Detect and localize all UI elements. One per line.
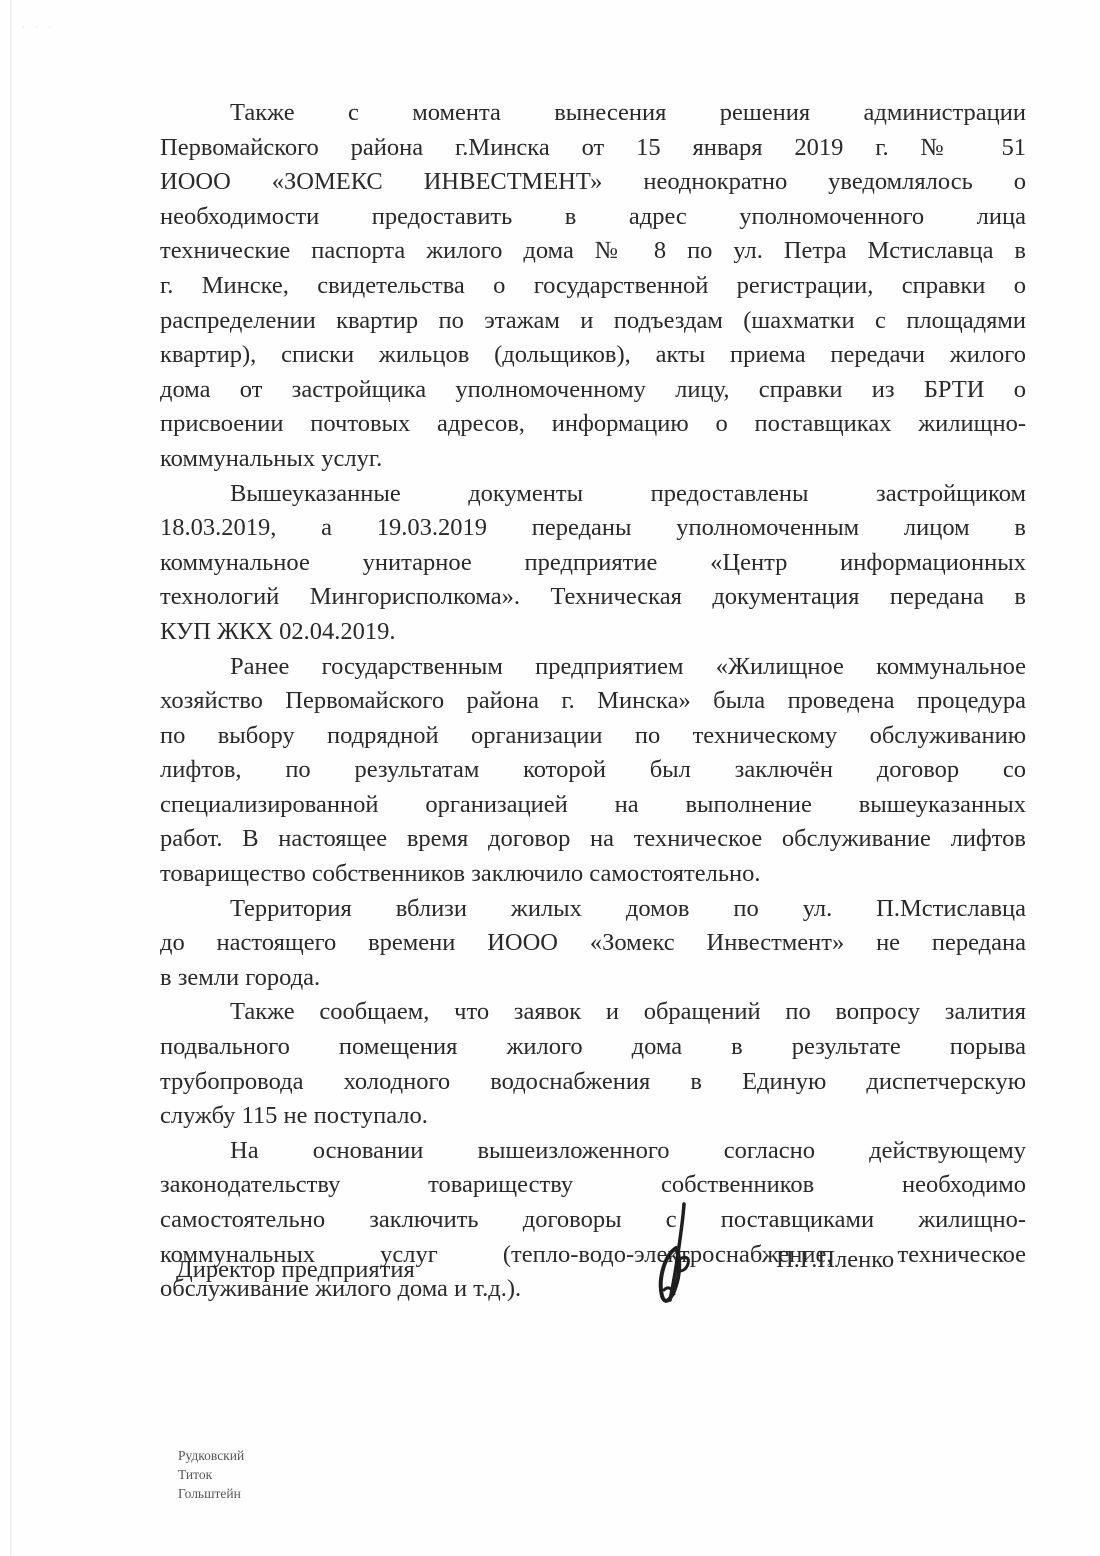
signatory-name: П.Г.Пленко	[776, 1246, 894, 1274]
text-line: 18.03.2019, а 19.03.2019 переданы уполно…	[160, 511, 1026, 546]
text-line: специализированной организацией на выпол…	[160, 788, 1026, 823]
text-line: службу 115 не поступало.	[160, 1099, 1026, 1134]
text-line: коммунальное унитарное предприятие «Цент…	[160, 546, 1026, 581]
text-line: дома от застройщика уполномоченному лицу…	[160, 373, 1026, 408]
paragraph-documents-provided: Вышеуказанные документы предоставлены за…	[160, 477, 1026, 650]
text-line: распределении квартир по этажам и подъез…	[160, 304, 1026, 339]
text-line: Первомайского района г.Минска от 15 янва…	[160, 131, 1026, 166]
text-line: подвального помещения жилого дома в резу…	[160, 1030, 1026, 1065]
signature-block: Директор предприятия П.Г.Пленко	[0, 1190, 1100, 1310]
text-line: ИООО «ЗОМЕКС ИНВЕСТМЕНТ» неоднократно ув…	[160, 165, 1026, 200]
text-line: хозяйство Первомайского района г. Минска…	[160, 684, 1026, 719]
text-line: присвоении почтовых адресов, информацию …	[160, 407, 1026, 442]
paragraph-elevator-maintenance: Ранее государственным предприятием «Жили…	[160, 650, 1026, 892]
handwritten-signature-icon	[650, 1200, 710, 1310]
text-line: до настоящего времени ИООО «Зомекс Инвес…	[160, 926, 1026, 961]
paragraph-documents-requested: Также с момента вынесения решения админи…	[160, 96, 1026, 477]
text-line: по выбору подрядной организации по техни…	[160, 719, 1026, 754]
text-line: Ранее государственным предприятием «Жили…	[160, 650, 1026, 685]
executor-name: Титок	[178, 1465, 244, 1484]
paragraph-territory: Территория вблизи жилых домов по ул. П.М…	[160, 892, 1026, 996]
signatory-position: Директор предприятия	[176, 1256, 415, 1284]
scan-edge-line	[10, 0, 12, 1556]
text-line: Также с момента вынесения решения админи…	[160, 96, 1026, 131]
paragraph-flooding-requests: Также сообщаем, что заявок и обращений п…	[160, 995, 1026, 1133]
text-line: Территория вблизи жилых домов по ул. П.М…	[160, 892, 1026, 927]
text-line: лифтов, по результатам которой был заклю…	[160, 753, 1026, 788]
text-line: работ. В настоящее время договор на техн…	[160, 822, 1026, 857]
executor-name: Гольштейн	[178, 1484, 244, 1503]
text-line: технологий Мингорисполкома». Техническая…	[160, 580, 1026, 615]
text-line: технические паспорта жилого дома № 8 по …	[160, 234, 1026, 269]
text-line: трубопровода холодного водоснабжения в Е…	[160, 1065, 1026, 1100]
executor-name: Рудковский	[178, 1446, 244, 1465]
text-line: коммунальных услуг.	[160, 442, 1026, 477]
document-page: · · · Также с момента вынесения решения …	[0, 0, 1100, 1556]
text-line: необходимости предоставить в адрес уполн…	[160, 200, 1026, 235]
text-line: На основании вышеизложенного согласно де…	[160, 1134, 1026, 1169]
text-line: Вышеуказанные документы предоставлены за…	[160, 477, 1026, 512]
text-line: Также сообщаем, что заявок и обращений п…	[160, 995, 1026, 1030]
executors-list: Рудковский Титок Гольштейн	[178, 1446, 244, 1503]
text-line: г. Минске, свидетельства о государственн…	[160, 269, 1026, 304]
text-line: квартир), списки жильцов (дольщиков), ак…	[160, 338, 1026, 373]
scan-artifact: · · ·	[22, 22, 82, 32]
letter-body: Также с момента вынесения решения админи…	[160, 96, 1026, 1307]
text-line: товарищество собственников заключило сам…	[160, 857, 1026, 892]
text-line: в земли города.	[160, 961, 1026, 996]
text-line: КУП ЖКХ 02.04.2019.	[160, 615, 1026, 650]
